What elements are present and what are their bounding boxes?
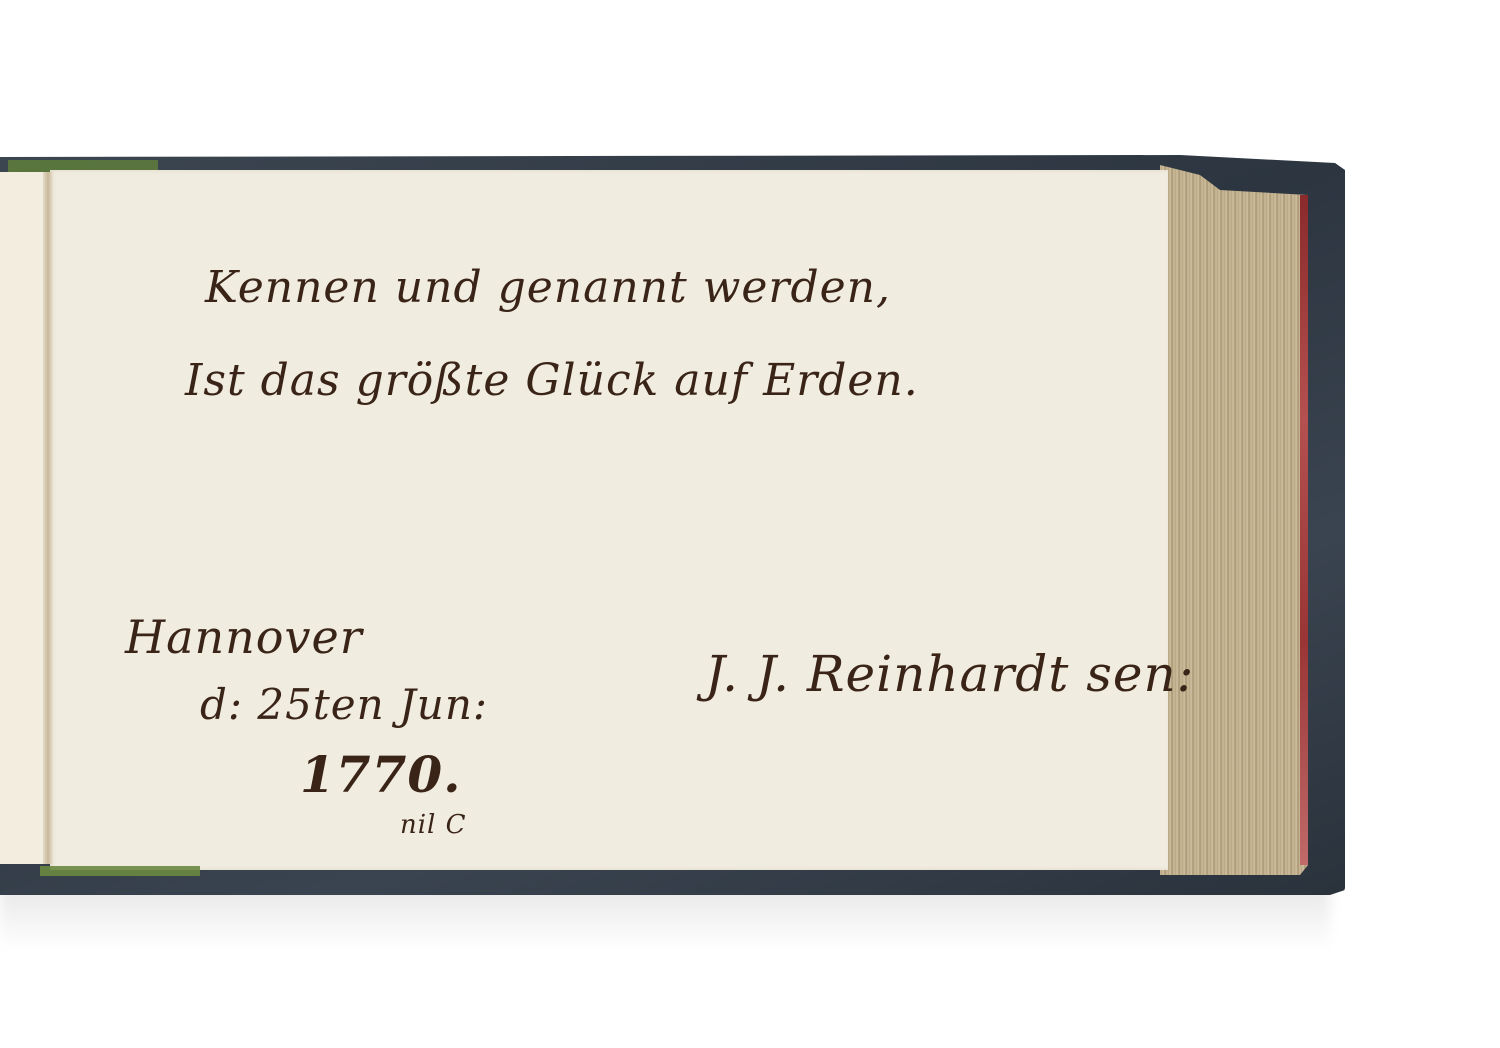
verse-line-2: Ist das größte Glück auf Erden.: [185, 355, 919, 406]
page-block-edges: [1160, 165, 1308, 875]
book-gutter: [43, 172, 53, 864]
signature: J. J. Reinhardt sen:: [705, 645, 1195, 703]
year: 1770.: [300, 745, 462, 804]
red-page-edge: [1300, 195, 1308, 865]
verse-line-1: Kennen und genannt werden,: [205, 262, 891, 313]
date-line: d: 25ten Jun:: [200, 680, 488, 729]
left-page: [0, 172, 47, 864]
spine-cloth-bottom: [40, 866, 200, 876]
note: nil C: [400, 810, 467, 840]
place-name: Hannover: [125, 610, 363, 664]
